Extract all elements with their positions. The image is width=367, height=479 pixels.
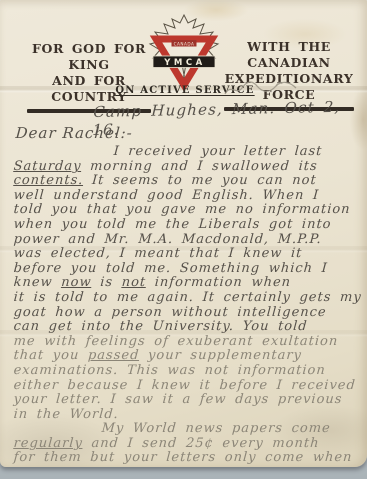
- letter-text: goat how a person without intelligence: [13, 305, 327, 320]
- letter-line: either because I knew it before I receiv…: [13, 379, 363, 394]
- scanned-letter-page: FOR GOD FOR KING AND FOR COUNTRY WITH TH…: [0, 0, 367, 479]
- letter-text: either because I knew it before I receiv…: [13, 378, 356, 393]
- letter-salutation: Dear Rachel:-: [15, 124, 133, 142]
- pencil-scribble: [222, 75, 300, 101]
- letter-line: My World news papers come: [13, 422, 363, 437]
- letter-text: when you told me the Liberals got into: [13, 217, 332, 232]
- letter-text: My World news papers come: [101, 421, 331, 436]
- letter-text: I received your letter last: [113, 144, 323, 159]
- letter-line: your letter. I saw it a few days previou…: [13, 393, 363, 408]
- letter-text: your supplementary: [139, 348, 303, 363]
- letter-text: before you told me. Something which I: [13, 261, 328, 276]
- letter-text: examinations. This was not information: [13, 363, 326, 378]
- letter-text: information when: [146, 275, 292, 290]
- letter-text: knew: [13, 275, 62, 290]
- letter-text: can get into the University. You told: [13, 319, 308, 334]
- letter-line: that you passed your supplementary: [13, 349, 363, 364]
- underlined-word: Saturday: [13, 159, 82, 174]
- letter-text: in the World.: [13, 407, 119, 422]
- logo-org-label: YMCA: [163, 58, 205, 68]
- letter-text: it is told to me again. It certainly get…: [13, 290, 362, 305]
- letter-paper: FOR GOD FOR KING AND FOR COUNTRY WITH TH…: [0, 0, 367, 467]
- letter-text: power and Mr. M.A. Macdonald, M.P.P.: [13, 232, 322, 247]
- underlined-word: passed: [87, 348, 139, 363]
- letter-line: contents. It seems to me you can not: [13, 174, 363, 189]
- letter-text: well understand good English. When I: [13, 188, 320, 203]
- letter-line: power and Mr. M.A. Macdonald, M.P.P.: [13, 233, 363, 248]
- ymca-logo-graphic: CANADA YMCA: [138, 13, 230, 92]
- motto-line: WITH THE CANADIAN: [220, 39, 358, 71]
- motto-line: FOR GOD FOR KING: [22, 41, 156, 73]
- letter-text: It seems to me you can not: [83, 173, 317, 188]
- letter-line: examinations. This was not information: [13, 364, 363, 379]
- letter-text: your letter. I saw it a few days previou…: [13, 392, 343, 407]
- letter-text: is: [91, 275, 122, 290]
- letter-line: was elected, I meant that I knew it: [13, 247, 363, 262]
- letter-line: told you that you gave me no information: [13, 203, 363, 218]
- underlined-word: regularly: [13, 436, 83, 451]
- logo-country-label: CANADA: [174, 41, 195, 46]
- letter-text: morning and I swallowed its: [81, 159, 318, 174]
- letter-text: and I send 25¢ every month: [82, 436, 320, 451]
- letter-text: told you that you gave me no information: [13, 202, 351, 217]
- letter-line: knew now is not information when: [13, 276, 363, 291]
- letter-line: Saturday morning and I swallowed its: [13, 160, 363, 175]
- letter-body: I received your letter lastSaturday morn…: [13, 145, 362, 466]
- letter-line: I received your letter last: [13, 145, 363, 160]
- letter-line: goat how a person without intelligence: [13, 306, 363, 321]
- underlined-word: contents.: [13, 173, 84, 188]
- letter-line: when you told me the Liberals got into: [13, 218, 363, 233]
- letter-text: for them but your letters only come when: [13, 450, 353, 465]
- underlined-word: not: [121, 275, 146, 290]
- letter-text: was elected, I meant that I knew it: [13, 246, 303, 261]
- letter-line: for them but your letters only come when: [13, 451, 363, 466]
- letter-dateline: Camp Hughes, Man. Oct 2, 16.: [92, 97, 367, 139]
- letter-line: it is told to me again. It certainly get…: [13, 291, 363, 306]
- letter-line: can get into the University. You told: [13, 320, 363, 335]
- letter-text: me with feelings of exuberant exultation: [13, 334, 339, 349]
- ymca-canada-logo: CANADA YMCA: [138, 13, 230, 92]
- letter-text: that you: [13, 348, 88, 363]
- underlined-word: now: [61, 275, 92, 290]
